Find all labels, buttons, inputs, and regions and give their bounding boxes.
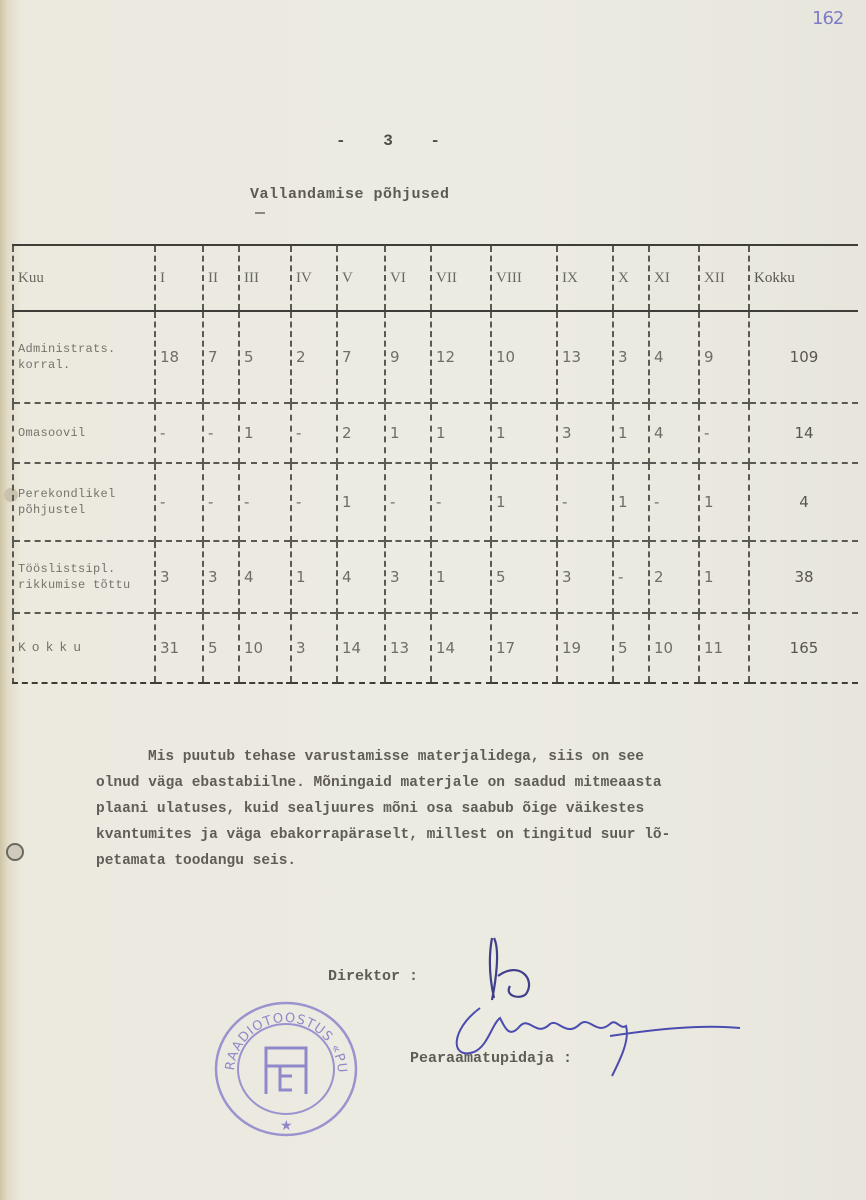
archive-page-number: 162 — [812, 8, 843, 29]
row-total: 4 — [749, 463, 858, 541]
cell: - — [291, 403, 337, 463]
cell: 1 — [699, 463, 749, 541]
row-label-line: korral. — [18, 358, 71, 372]
cell: 1 — [431, 541, 491, 613]
cell: 14 — [337, 613, 385, 683]
header-month: V — [337, 245, 385, 311]
cell: 1 — [385, 403, 431, 463]
paragraph-line: kvantumites ja väga ebakorrapäraselt, mi… — [96, 822, 828, 848]
row-label: Omasoovil — [13, 403, 155, 463]
paragraph-line: olnud väga ebastabiilne. Mõningaid mater… — [96, 770, 828, 796]
row-label: Perekondlikelpõhjustel — [13, 463, 155, 541]
cell: 1 — [291, 541, 337, 613]
cell: 1 — [239, 403, 291, 463]
row-label-line: põhjustel — [18, 503, 86, 517]
cell: 4 — [649, 311, 699, 403]
cell: - — [203, 463, 239, 541]
cell: 14 — [431, 613, 491, 683]
cell: 3 — [385, 541, 431, 613]
cell: 10 — [649, 613, 699, 683]
row-label-line: Omasoovil — [18, 426, 86, 440]
grand-total: 165 — [749, 613, 858, 683]
row-label-line: Administrats. — [18, 342, 116, 356]
header-month: X — [613, 245, 649, 311]
row-total: 14 — [749, 403, 858, 463]
header-month: IV — [291, 245, 337, 311]
row-label-line: rikkumise tõttu — [18, 578, 131, 592]
table-row: Administrats.korral. 18 7 5 2 7 9 12 10 … — [13, 311, 858, 403]
cell: 4 — [649, 403, 699, 463]
table-row: Omasoovil - - 1 - 2 1 1 1 3 1 4 - 14 — [13, 403, 858, 463]
cell: 3 — [557, 541, 613, 613]
row-label-line: Tööslistsipl. — [18, 562, 116, 576]
cell: - — [649, 463, 699, 541]
svg-text:RAADIOTOOSTUS «PUNANE RET»: RAADIOTOOSTUS «PUNANE RET» — [212, 1000, 349, 1074]
cell: 1 — [699, 541, 749, 613]
cell: 3 — [291, 613, 337, 683]
page-number: - 3 - — [336, 132, 454, 150]
dismissal-reasons-table: Kuu I II III IV V VI VII VIII IX X XI XI… — [12, 244, 858, 684]
cell: 1 — [491, 463, 557, 541]
cell: 4 — [337, 541, 385, 613]
cell: 17 — [491, 613, 557, 683]
cell: - — [239, 463, 291, 541]
cell: 11 — [699, 613, 749, 683]
cell: 1 — [613, 463, 649, 541]
header-total: Kokku — [749, 245, 858, 311]
cell: 9 — [699, 311, 749, 403]
cell: 10 — [239, 613, 291, 683]
cell: - — [699, 403, 749, 463]
row-total: 109 — [749, 311, 858, 403]
cell: 3 — [203, 541, 239, 613]
row-label: Kokku — [13, 613, 155, 683]
cell: 1 — [613, 403, 649, 463]
header-month: XII — [699, 245, 749, 311]
svg-text:★: ★ — [280, 1118, 293, 1134]
header-month: II — [203, 245, 239, 311]
cell: - — [155, 403, 203, 463]
cell: 7 — [203, 311, 239, 403]
director-label: Direktor : — [328, 968, 418, 985]
cell: - — [385, 463, 431, 541]
stamp-icon: RAADIOTOOSTUS «PUNANE RET» ★ — [212, 1000, 360, 1138]
table-row: Perekondlikelpõhjustel - - - - 1 - - 1 -… — [13, 463, 858, 541]
cell: 1 — [337, 463, 385, 541]
cell: 5 — [613, 613, 649, 683]
cell: 3 — [557, 403, 613, 463]
cell: - — [291, 463, 337, 541]
cell: 2 — [291, 311, 337, 403]
cell: - — [613, 541, 649, 613]
supply-paragraph: Mis puutub tehase varustamisse materjali… — [148, 744, 828, 874]
cell: - — [155, 463, 203, 541]
cell: 1 — [491, 403, 557, 463]
cell: 1 — [431, 403, 491, 463]
cell: - — [203, 403, 239, 463]
cell: 7 — [337, 311, 385, 403]
row-label: Administrats.korral. — [13, 311, 155, 403]
cell: 5 — [491, 541, 557, 613]
table-row: Tööslistsipl.rikkumise tõttu 3 3 4 1 4 3… — [13, 541, 858, 613]
cell: 13 — [385, 613, 431, 683]
cell: 9 — [385, 311, 431, 403]
document-title: Vallandamise põhjused — [250, 186, 450, 203]
cell: 3 — [613, 311, 649, 403]
header-month: I — [155, 245, 203, 311]
punch-hole — [6, 843, 24, 861]
cell: 2 — [337, 403, 385, 463]
cell: 19 — [557, 613, 613, 683]
document-page: 162 - 3 - Vallandamise põhjused Kuu I II… — [0, 0, 866, 1200]
paragraph-line: petamata toodangu seis. — [96, 848, 828, 874]
cell: 10 — [491, 311, 557, 403]
cell: 31 — [155, 613, 203, 683]
paragraph-line: plaani ulatuses, kuid sealjuures mõni os… — [96, 796, 828, 822]
cell: 2 — [649, 541, 699, 613]
header-month: IX — [557, 245, 613, 311]
signature-icon — [440, 920, 760, 1090]
row-total: 38 — [749, 541, 858, 613]
cell: 5 — [203, 613, 239, 683]
table-total-row: Kokku 31 5 10 3 14 13 14 17 19 5 10 11 1… — [13, 613, 858, 683]
cell: 3 — [155, 541, 203, 613]
header-month: XI — [649, 245, 699, 311]
header-month: VI — [385, 245, 431, 311]
table-header-row: Kuu I II III IV V VI VII VIII IX X XI XI… — [13, 245, 858, 311]
row-label: Tööslistsipl.rikkumise tõttu — [13, 541, 155, 613]
paragraph-line: Mis puutub tehase varustamisse materjali… — [148, 744, 828, 770]
cell: 5 — [239, 311, 291, 403]
cell: 13 — [557, 311, 613, 403]
cell: 12 — [431, 311, 491, 403]
header-month: III — [239, 245, 291, 311]
header-month: VII — [431, 245, 491, 311]
header-month: VIII — [491, 245, 557, 311]
cell: - — [431, 463, 491, 541]
row-label-line: Perekondlikel — [18, 487, 116, 501]
header-label: Kuu — [13, 245, 155, 311]
cell: 18 — [155, 311, 203, 403]
title-mark — [255, 212, 265, 214]
cell: - — [557, 463, 613, 541]
cell: 4 — [239, 541, 291, 613]
